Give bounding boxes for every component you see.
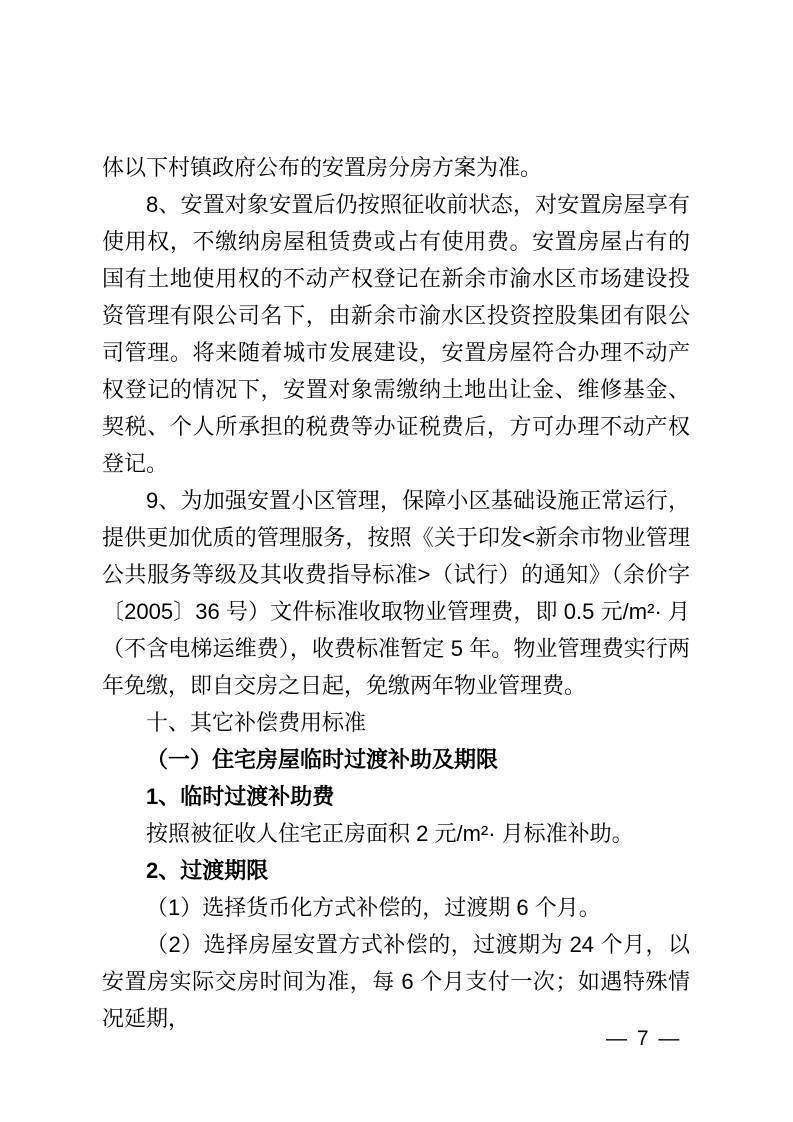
subsection-heading-one: （一）住宅房屋临时过渡补助及期限 bbox=[102, 741, 690, 778]
item-heading-1-temporary-subsidy: 1、临时过渡补助费 bbox=[102, 778, 690, 815]
document-body: 体以下村镇政府公布的安置房分房方案为准。 8、安置对象安置后仍按照征收前状态，对… bbox=[102, 149, 690, 1037]
paragraph-item-8: 8、安置对象安置后仍按照征收前状态，对安置房屋享有使用权，不缴纳房屋租赁费或占有… bbox=[102, 186, 690, 482]
item-heading-2-transition-period: 2、过渡期限 bbox=[102, 852, 690, 889]
document-page: 体以下村镇政府公布的安置房分房方案为准。 8、安置对象安置后仍按照征收前状态，对… bbox=[0, 0, 793, 1122]
paragraph-continuation: 体以下村镇政府公布的安置房分房方案为准。 bbox=[102, 149, 690, 186]
page-number: — 7 — bbox=[606, 1026, 681, 1052]
section-heading-ten: 十、其它补偿费用标准 bbox=[102, 704, 690, 741]
paragraph-option-1-monetary: （1）选择货币化方式补偿的，过渡期 6 个月。 bbox=[102, 889, 690, 926]
paragraph-item-9: 9、为加强安置小区管理，保障小区基础设施正常运行，提供更加优质的管理服务，按照《… bbox=[102, 482, 690, 704]
paragraph-subsidy-standard: 按照被征收人住宅正房面积 2 元/m²· 月标准补助。 bbox=[102, 815, 690, 852]
paragraph-option-2-housing: （2）选择房屋安置方式补偿的，过渡期为 24 个月，以安置房实际交房时间为准，每… bbox=[102, 926, 690, 1037]
